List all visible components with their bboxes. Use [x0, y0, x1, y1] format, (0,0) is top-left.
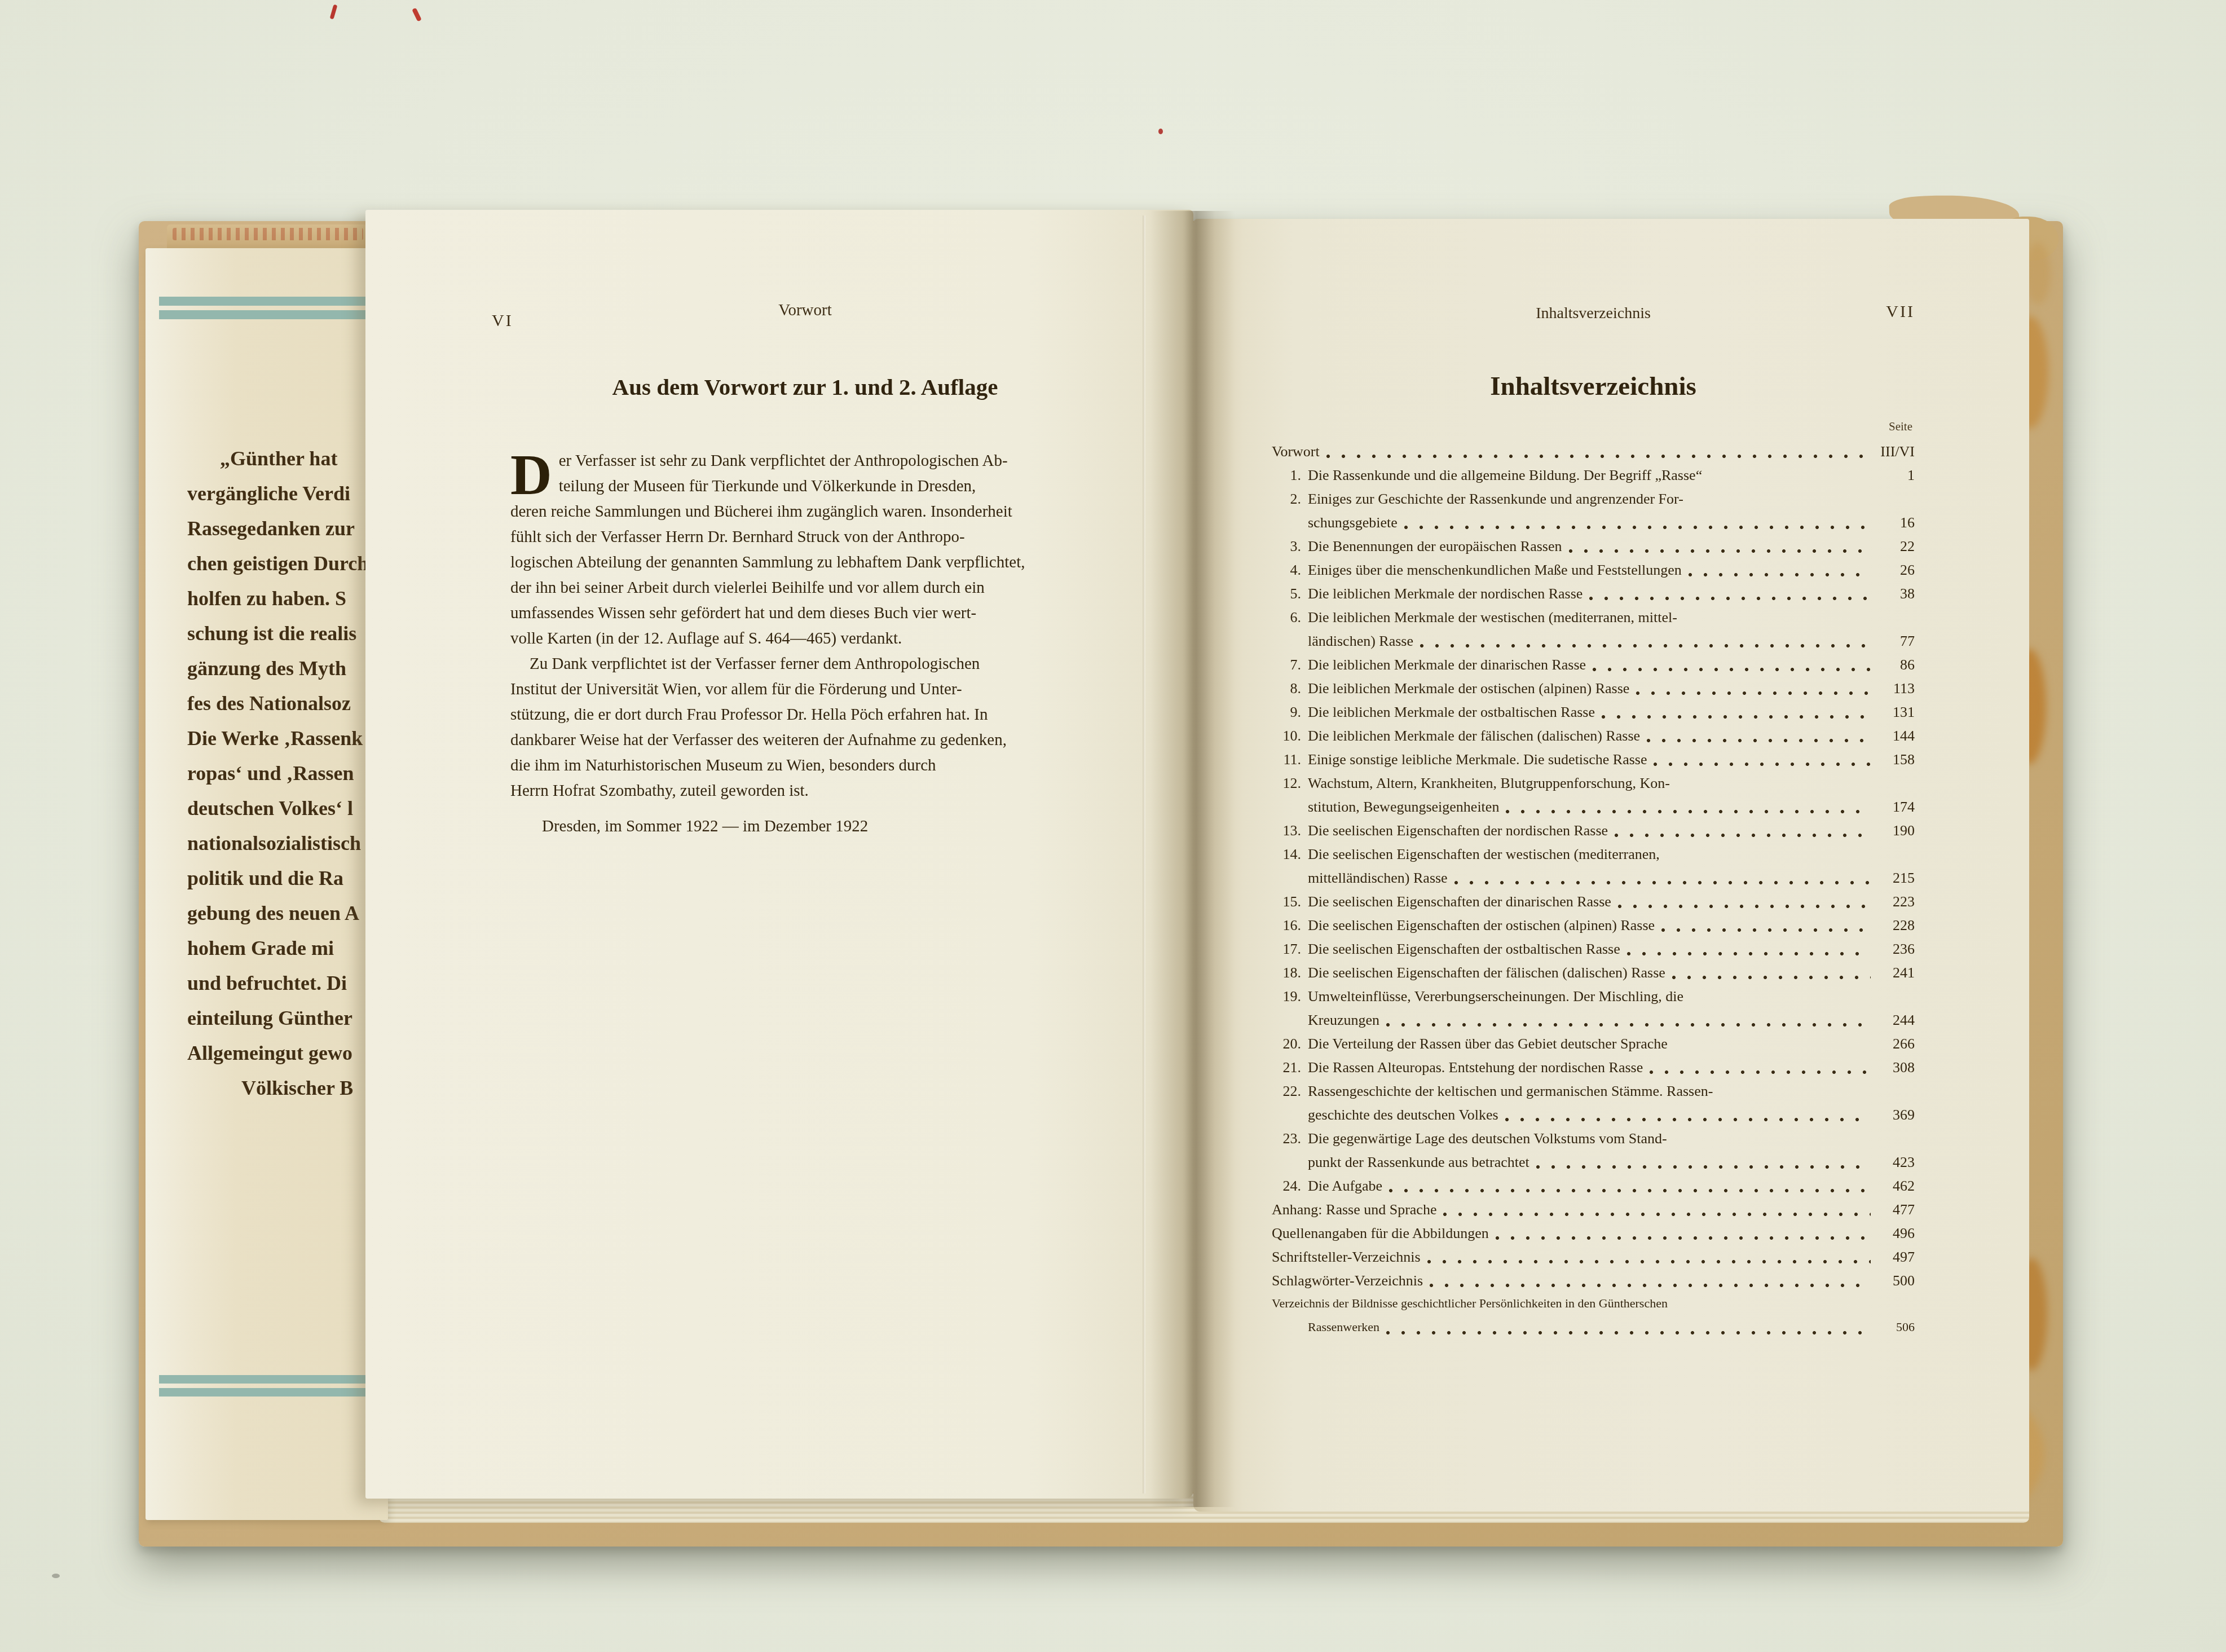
vorwort-line: fühlt sich der Verfasser Herrn Dr. Bernh… [510, 525, 1104, 550]
vorwort-line: teilung der Museen für Tierkunde und Völ… [510, 474, 1104, 499]
red-fiber-speck [330, 5, 338, 20]
vorwort-line: volle Karten (in der 12. Auflage auf S. … [510, 626, 1104, 651]
toc-entry-number: 3. [1272, 538, 1308, 555]
toc-entry-page: 244 [1874, 1012, 1915, 1029]
toc-entry-title: Die leiblichen Merkmale der ostbaltische… [1308, 704, 1595, 721]
toc-entry-number: 24. [1272, 1178, 1308, 1195]
toc-row: mittelländischen) Rasse215 [1272, 870, 1915, 893]
vorwort-line: er Verfasser ist sehr zu Dank verpflicht… [510, 448, 1104, 474]
toc-entry-title: schungsgebiete [1308, 514, 1398, 531]
toc-row: 6.Die leiblichen Merkmale der westischen… [1272, 609, 1915, 633]
dot-leader [1443, 1213, 1871, 1219]
under-page-line: gänzung des Myth [187, 651, 373, 686]
dot-leader [1602, 715, 1871, 722]
toc-entry-number: 18. [1272, 964, 1308, 981]
toc-entry-title: stitution, Bewegungseigenheiten [1308, 799, 1499, 816]
toc-entry-title: Die gegenwärtige Lage des deutschen Volk… [1308, 1130, 1667, 1147]
dot-leader [1506, 810, 1871, 817]
toc-entry-number: 5. [1272, 585, 1308, 602]
vorwort-heading: Aus dem Vorwort zur 1. und 2. Auflage [510, 373, 1100, 400]
toc-entry-title: Die seelischen Eigenschaften der ostisch… [1308, 917, 1655, 934]
toc-entry-page: 266 [1874, 1036, 1915, 1052]
toc-row: Quellenangaben für die Abbildungen496 [1272, 1225, 1915, 1249]
toc-entry-number: 4. [1272, 562, 1308, 579]
vorwort-line: die ihm im Naturhistorischen Museum zu W… [510, 753, 1104, 778]
under-page-line: holfen zu haben. S [187, 581, 373, 616]
toc-entry-page: 190 [1874, 822, 1915, 839]
toc-row: Kreuzungen244 [1272, 1012, 1915, 1036]
drop-cap: D [510, 448, 559, 499]
vorwort-line: logischen Abteilung der genannten Sammlu… [510, 550, 1104, 575]
toc-entry-title: Die Rassenkunde und die allgemeine Bildu… [1308, 467, 1702, 484]
toc-entry-page: 215 [1874, 870, 1915, 887]
toc-entry-number: 19. [1272, 988, 1308, 1005]
toc-entry-number: 10. [1272, 728, 1308, 744]
toc-entry-page: 131 [1874, 704, 1915, 721]
toc-entry-number: 6. [1272, 609, 1308, 626]
vorwort-paragraph-1: er Verfasser ist sehr zu Dank verpflicht… [510, 448, 1104, 651]
toc-entry-page: 308 [1874, 1059, 1915, 1076]
under-page-line: Völkischer B [187, 1071, 373, 1105]
page-number-vii: VII [1886, 302, 1915, 321]
toc-entry-title: Die leiblichen Merkmale der ostischen (a… [1308, 680, 1629, 697]
under-page-line: einteilung Günther [187, 1001, 373, 1036]
toc-row: 19.Umwelteinflüsse, Vererbungserscheinun… [1272, 988, 1915, 1012]
toc-entry-title: Die leiblichen Merkmale der westischen (… [1308, 609, 1677, 626]
page-crease [1143, 215, 1145, 1494]
toc-entry-page: 423 [1874, 1154, 1915, 1171]
dot-leader [1536, 1165, 1871, 1172]
toc-entry-page: 77 [1874, 633, 1915, 650]
toc-row: 5.Die leiblichen Merkmale der nordischen… [1272, 585, 1915, 609]
toc-entry-number: 16. [1272, 917, 1308, 934]
vorwort-line: Herrn Hofrat Szombathy, zuteil geworden … [510, 778, 1104, 804]
toc-row: 13.Die seelischen Eigenschaften der nord… [1272, 822, 1915, 846]
toc-entry-title: Die Rassen Alteuropas. Entstehung der no… [1308, 1059, 1643, 1076]
red-dust-speck [1158, 129, 1163, 134]
dot-leader [1427, 1260, 1871, 1267]
toc-entry-number: 17. [1272, 941, 1308, 958]
toc-row: schungsgebiete16 [1272, 514, 1915, 538]
toc-row: 12.Wachstum, Altern, Krankheiten, Blutgr… [1272, 775, 1915, 799]
red-fiber-speck [412, 7, 422, 21]
toc-title: Inhaltsverzeichnis [1272, 371, 1915, 402]
toc-entry-title: Kreuzungen [1308, 1012, 1379, 1029]
dateline: Dresden, im Sommer 1922 — im Dezember 19… [510, 804, 1104, 839]
dot-leader [1404, 526, 1871, 532]
toc-entry-page: 228 [1874, 917, 1915, 934]
seite-column-label: Seite [1272, 420, 1912, 434]
dot-leader [1496, 1236, 1871, 1243]
toc-entry-number: 11. [1272, 751, 1308, 768]
toc-row: Schriftsteller-Verzeichnis497 [1272, 1249, 1915, 1272]
under-page-line: und befruchtet. Di [187, 966, 373, 1001]
toc-entry-page: 241 [1874, 964, 1915, 981]
toc-row: 8.Die leiblichen Merkmale der ostischen … [1272, 680, 1915, 704]
toc-row: punkt der Rassenkunde aus betrachtet423 [1272, 1154, 1915, 1178]
dot-leader [1650, 1071, 1871, 1077]
toc-entry-title: Schriftsteller-Verzeichnis [1272, 1249, 1421, 1266]
dot-leader [1689, 573, 1871, 580]
toc-entry-number: 20. [1272, 1036, 1308, 1052]
toc-entry-title: Die leiblichen Merkmale der dinarischen … [1308, 657, 1586, 673]
toc-row: VorwortIII/VI [1272, 443, 1915, 467]
toc-entry-page: 496 [1874, 1225, 1915, 1242]
dot-leader [1647, 739, 1871, 746]
toc-entry-title: Die Benennungen der europäischen Rassen [1308, 538, 1562, 555]
toc-entry-title: Einiges über die menschenkundlichen Maße… [1308, 562, 1682, 579]
toc-entry-title: Die Aufgabe [1308, 1178, 1382, 1195]
teal-rule-bottom [159, 1388, 367, 1397]
dot-leader [1627, 952, 1871, 959]
toc-entry-page: 236 [1874, 941, 1915, 958]
toc-row: 1.Die Rassenkunde und die allgemeine Bil… [1272, 467, 1915, 491]
vorwort-line: stützung, die er dort durch Frau Profess… [510, 702, 1104, 728]
toc-entry-title: Einiges zur Geschichte der Rassenkunde u… [1308, 491, 1683, 508]
toc-entry-number: 7. [1272, 657, 1308, 673]
vorwort-line: deren reiche Sammlungen und Bücherei ihm… [510, 499, 1104, 525]
toc-entry-title: Anhang: Rasse und Sprache [1272, 1201, 1436, 1218]
toc-row: 22.Rassengeschichte der keltischen und g… [1272, 1083, 1915, 1107]
teal-rule-bottom [159, 1375, 367, 1384]
toc-entry-page: 500 [1874, 1272, 1915, 1289]
toc-entry-title: Einige sonstige leibliche Merkmale. Die … [1308, 751, 1647, 768]
toc-entry-title: Die seelischen Eigenschaften der dinaris… [1308, 893, 1611, 910]
toc-row: 14.Die seelischen Eigenschaften der west… [1272, 846, 1915, 870]
under-page-text: „Günther hatvergängliche VerdiRassegedan… [187, 441, 373, 1118]
toc-row: 2.Einiges zur Geschichte der Rassenkunde… [1272, 491, 1915, 514]
toc-entry-title: Die leiblichen Merkmale der fälischen (d… [1308, 728, 1640, 744]
toc-row: 11.Einige sonstige leibliche Merkmale. D… [1272, 751, 1915, 775]
toc-row: 10.Die leiblichen Merkmale der fälischen… [1272, 728, 1915, 751]
toc-entry-page: 477 [1874, 1201, 1915, 1218]
toc-entry-page: 86 [1874, 657, 1915, 673]
dot-leader [1672, 976, 1871, 983]
running-header-inhaltsverzeichnis: Inhaltsverzeichnis VII [1272, 305, 1915, 323]
toc-entry-title: Die Verteilung der Rassen über das Gebie… [1308, 1036, 1668, 1052]
toc-entry-title: punkt der Rassenkunde aus betrachtet [1308, 1154, 1529, 1171]
toc-entry-number: 1. [1272, 467, 1308, 484]
toc-row: Rassenwerken506 [1272, 1320, 1915, 1343]
dot-leader [1615, 834, 1871, 840]
page-number-vi: VI [492, 311, 513, 331]
dot-leader [1326, 455, 1871, 461]
under-page-line: politik und die Ra [187, 861, 373, 896]
under-page-line: vergängliche Verdi [187, 476, 373, 511]
toc-row: 7.Die leiblichen Merkmale der dinarische… [1272, 657, 1915, 680]
dot-leader [1618, 905, 1871, 911]
under-page-line: ropas‘ und ‚Rassen [187, 756, 373, 791]
vorwort-page [365, 210, 1193, 1499]
dot-leader [1454, 881, 1871, 888]
toc-entry-title: ländischen) Rasse [1308, 633, 1413, 650]
under-page-line: fes des Nationalsoz [187, 686, 373, 721]
dot-leader [1420, 644, 1871, 651]
toc-entry-page: 174 [1874, 799, 1915, 816]
photo-backdrop: „Günther hatvergängliche VerdiRassegedan… [0, 0, 2226, 1652]
vorwort-body: D er Verfasser ist sehr zu Dank verpflic… [510, 448, 1104, 839]
under-page-line: Rassegedanken zur [187, 511, 373, 546]
toc-entry-title: Quellenangaben für die Abbildungen [1272, 1225, 1489, 1242]
toc-row: 4.Einiges über die menschenkundlichen Ma… [1272, 562, 1915, 585]
toc-entry-page: 369 [1874, 1107, 1915, 1124]
under-page-line: nationalsozialistisch [187, 826, 373, 861]
toc-list: VorwortIII/VI1.Die Rassenkunde und die a… [1272, 443, 1915, 1343]
teal-rule-top [159, 310, 367, 319]
toc-row: 20.Die Verteilung der Rassen über das Ge… [1272, 1036, 1915, 1059]
toc-row: 15.Die seelischen Eigenschaften der dina… [1272, 893, 1915, 917]
running-header-label: Inhaltsverzeichnis [1536, 305, 1651, 322]
toc-entry-number: 21. [1272, 1059, 1308, 1076]
toc-entry-page: 26 [1874, 562, 1915, 579]
toc-entry-page: 506 [1874, 1320, 1915, 1334]
toc-row: 23.Die gegenwärtige Lage des deutschen V… [1272, 1130, 1915, 1154]
toc-entry-title: Die seelischen Eigenschaften der ostbalt… [1308, 941, 1620, 958]
toc-entry-title: Rassenwerken [1308, 1320, 1379, 1334]
dot-leader [1386, 1023, 1871, 1030]
toc-row: Schlagwörter-Verzeichnis500 [1272, 1272, 1915, 1296]
toc-entry-page: 497 [1874, 1249, 1915, 1266]
toc-entry-number: 9. [1272, 704, 1308, 721]
toc-entry-page: 144 [1874, 728, 1915, 744]
dot-leader [1389, 1189, 1871, 1196]
toc-entry-page: III/VI [1874, 443, 1915, 460]
toc-entry-title: Rassengeschichte der keltischen und germ… [1308, 1083, 1713, 1100]
toc-entry-page: 223 [1874, 893, 1915, 910]
under-page-line: Die Werke ‚Rassenk [187, 721, 373, 756]
toc-entry-number: 2. [1272, 491, 1308, 508]
gray-dust-speck [52, 1574, 60, 1578]
toc-entry-number: 8. [1272, 680, 1308, 697]
toc-entry-title: Die seelischen Eigenschaften der nordisc… [1308, 822, 1608, 839]
running-header-vorwort: Vorwort [510, 301, 1100, 320]
dot-leader [1569, 549, 1871, 556]
under-page-line: chen geistigen Durchb [187, 546, 373, 581]
toc-row: 3.Die Benennungen der europäischen Rasse… [1272, 538, 1915, 562]
toc-entry-title: geschichte des deutschen Volkes [1308, 1107, 1498, 1124]
toc-entry-title: mittelländischen) Rasse [1308, 870, 1448, 887]
toc-entry-number: 12. [1272, 775, 1308, 792]
toc-row: 24.Die Aufgabe462 [1272, 1178, 1915, 1201]
dot-leader [1654, 763, 1871, 769]
under-page-line: Allgemeingut gewo [187, 1036, 373, 1071]
toc-entry-number: 23. [1272, 1130, 1308, 1147]
dot-leader [1589, 597, 1871, 603]
dot-leader [1636, 691, 1871, 698]
vorwort-paragraph-2: Zu Dank verpflichtet ist der Verfasser f… [510, 651, 1104, 804]
toc-entry-page: 158 [1874, 751, 1915, 768]
toc-entry-title: Schlagwörter-Verzeichnis [1272, 1272, 1423, 1289]
under-page-line: schung ist die realis [187, 616, 373, 651]
toc-row: geschichte des deutschen Volkes369 [1272, 1107, 1915, 1130]
toc-entry-title: Vorwort [1272, 443, 1320, 460]
toc-row: 16.Die seelischen Eigenschaften der osti… [1272, 917, 1915, 941]
toc-entry-page: 16 [1874, 514, 1915, 531]
vorwort-line: Zu Dank verpflichtet ist der Verfasser f… [510, 651, 1104, 677]
teal-rule-top [159, 297, 367, 306]
toc-row: 17.Die seelischen Eigenschaften der ostb… [1272, 941, 1915, 964]
dot-leader [1386, 1331, 1871, 1338]
toc-entry-number: 13. [1272, 822, 1308, 839]
toc-entry-number: 14. [1272, 846, 1308, 863]
under-page-line: deutschen Volkes‘ l [187, 791, 373, 826]
toc-row: Anhang: Rasse und Sprache477 [1272, 1201, 1915, 1225]
toc-row: ländischen) Rasse77 [1272, 633, 1915, 657]
under-page-line: hohem Grade mi [187, 931, 373, 966]
dot-leader [1593, 668, 1871, 675]
toc-entry-title: Wachstum, Altern, Krankheiten, Blutgrupp… [1308, 775, 1670, 792]
toc-entry-page: 462 [1874, 1178, 1915, 1195]
dot-leader [1430, 1284, 1871, 1290]
toc-entry-title: Umwelteinflüsse, Vererbungserscheinungen… [1308, 988, 1683, 1005]
dot-leader [1505, 1118, 1871, 1125]
vorwort-line: dankbarer Weise hat der Verfasser des we… [510, 728, 1104, 753]
toc-entry-title: Die leiblichen Merkmale der nordischen R… [1308, 585, 1583, 602]
toc-entry-title: Die seelischen Eigenschaften der westisc… [1308, 846, 1660, 863]
toc-entry-title: Die seelischen Eigenschaften der fälisch… [1308, 964, 1665, 981]
toc-row: 18.Die seelischen Eigenschaften der fäli… [1272, 964, 1915, 988]
toc-entry-page: 113 [1874, 680, 1915, 697]
vorwort-line: Institut der Universität Wien, vor allem… [510, 677, 1104, 702]
toc-entry-page: 38 [1874, 585, 1915, 602]
toc-row: 21.Die Rassen Alteuropas. Entstehung der… [1272, 1059, 1915, 1083]
toc-entry-number: 22. [1272, 1083, 1308, 1100]
under-page-line: „Günther hat [187, 441, 373, 476]
toc-entry-title: Verzeichnis der Bildnisse geschichtliche… [1272, 1296, 1668, 1311]
toc-row: 9.Die leiblichen Merkmale der ostbaltisc… [1272, 704, 1915, 728]
vorwort-line: umfassendes Wissen sehr gefördert hat un… [510, 601, 1104, 626]
toc-entry-number: 15. [1272, 893, 1308, 910]
dot-leader [1661, 928, 1871, 935]
toc-entry-page: 22 [1874, 538, 1915, 555]
toc-row: stitution, Bewegungseigenheiten174 [1272, 799, 1915, 822]
vorwort-line: der ihn bei seiner Arbeit durch vielerle… [510, 575, 1104, 601]
under-page-line: gebung des neuen A [187, 896, 373, 931]
toc-row: Verzeichnis der Bildnisse geschichtliche… [1272, 1296, 1915, 1320]
toc-entry-page: 1 [1874, 467, 1915, 484]
